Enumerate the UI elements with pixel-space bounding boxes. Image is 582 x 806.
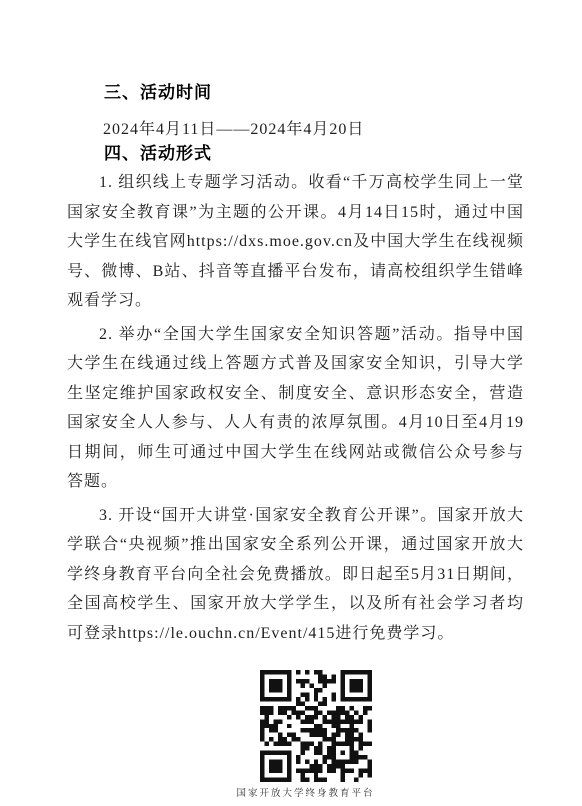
- paragraph-knowledge-quiz: 2. 举办“全国大学生国家安全知识答题”活动。指导中国大学生在线通过线上答题方式…: [67, 320, 524, 497]
- document-content: 三、活动时间 2024年4月11日——2024年4月20日 四、活动形式 1. …: [67, 0, 524, 801]
- activity-date-range: 2024年4月11日——2024年4月20日: [103, 115, 524, 144]
- document-page: 三、活动时间 2024年4月11日——2024年4月20日 四、活动形式 1. …: [0, 0, 582, 806]
- section-heading-activity-time: 三、活动时间: [104, 80, 524, 106]
- qr-code-image: [260, 670, 372, 782]
- paragraph-open-course: 3. 开设“国开大讲堂·国家安全教育公开课”。国家开放大学联合“央视频”推出国家…: [67, 501, 524, 649]
- paragraph-online-study: 1. 组织线上专题学习活动。收看“千万高校学生同上一堂国家安全教育课”为主题的公…: [67, 168, 524, 316]
- qr-figure: 国家开放大学终身教育平台: [67, 670, 524, 801]
- qr-caption: 国家开放大学终身教育平台: [236, 787, 374, 801]
- section-heading-activity-format: 四、活动形式: [104, 141, 524, 167]
